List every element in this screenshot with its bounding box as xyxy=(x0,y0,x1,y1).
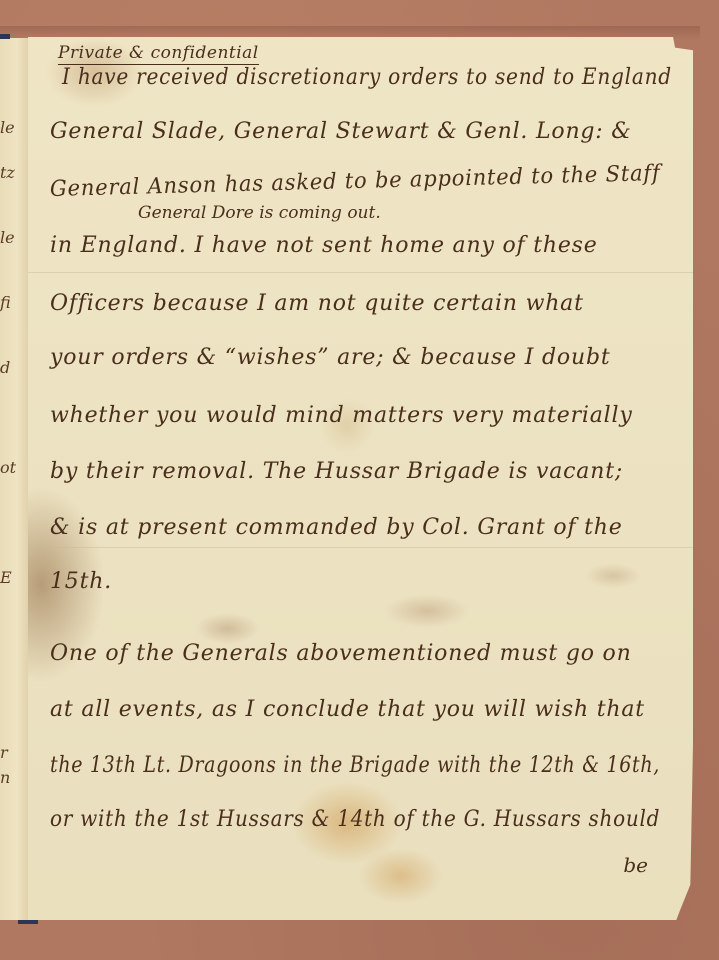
fold-line xyxy=(28,547,693,548)
letter-line-13: the 13th Lt. Dragoons in the Brigade wit… xyxy=(50,753,660,778)
letter-page: Private & confidential I have received d… xyxy=(28,37,693,920)
letter-line-4: in England. I have not sent home any of … xyxy=(50,233,598,258)
previous-page-edge: le tz le fi d ot E r n xyxy=(0,38,29,920)
left-page-fragment: E xyxy=(0,568,12,587)
letter-line-11: One of the Generals abovementioned must … xyxy=(50,641,632,666)
letter-line-9: & is at present commanded by Col. Grant … xyxy=(50,515,623,540)
letter-heading: Private & confidential xyxy=(58,43,259,65)
interlinear-insertion: General Dore is coming out. xyxy=(138,203,381,223)
letter-line-10: 15th. xyxy=(50,569,112,594)
letter-line-14: or with the 1st Hussars & 14th of the G.… xyxy=(50,807,660,832)
left-page-fragment: tz xyxy=(0,163,15,182)
letter-line-1: I have received discretionary orders to … xyxy=(62,65,672,90)
binding-edge-bottom xyxy=(18,920,38,924)
fold-line xyxy=(28,272,693,273)
left-page-fragment: d xyxy=(0,358,10,377)
letter-line-7: whether you would mind matters very mate… xyxy=(50,403,633,428)
binding-edge-top xyxy=(0,34,10,39)
letter-line-5: Officers because I am not quite certain … xyxy=(50,291,584,316)
left-page-fragment: fi xyxy=(0,293,11,312)
left-page-fragment: ot xyxy=(0,458,16,477)
letter-line-6: your orders & “wishes” are; & because I … xyxy=(50,345,610,370)
left-page-fragment: n xyxy=(0,768,10,787)
left-page-fragment: le xyxy=(0,118,15,137)
letter-line-8: by their removal. The Hussar Brigade is … xyxy=(50,459,623,484)
catchword: be xyxy=(623,853,648,877)
letter-line-12: at all events, as I conclude that you wi… xyxy=(50,697,645,722)
left-page-fragment: le xyxy=(0,228,15,247)
letter-line-2: General Slade, General Stewart & Genl. L… xyxy=(50,119,632,144)
left-page-fragment: r xyxy=(0,743,8,762)
